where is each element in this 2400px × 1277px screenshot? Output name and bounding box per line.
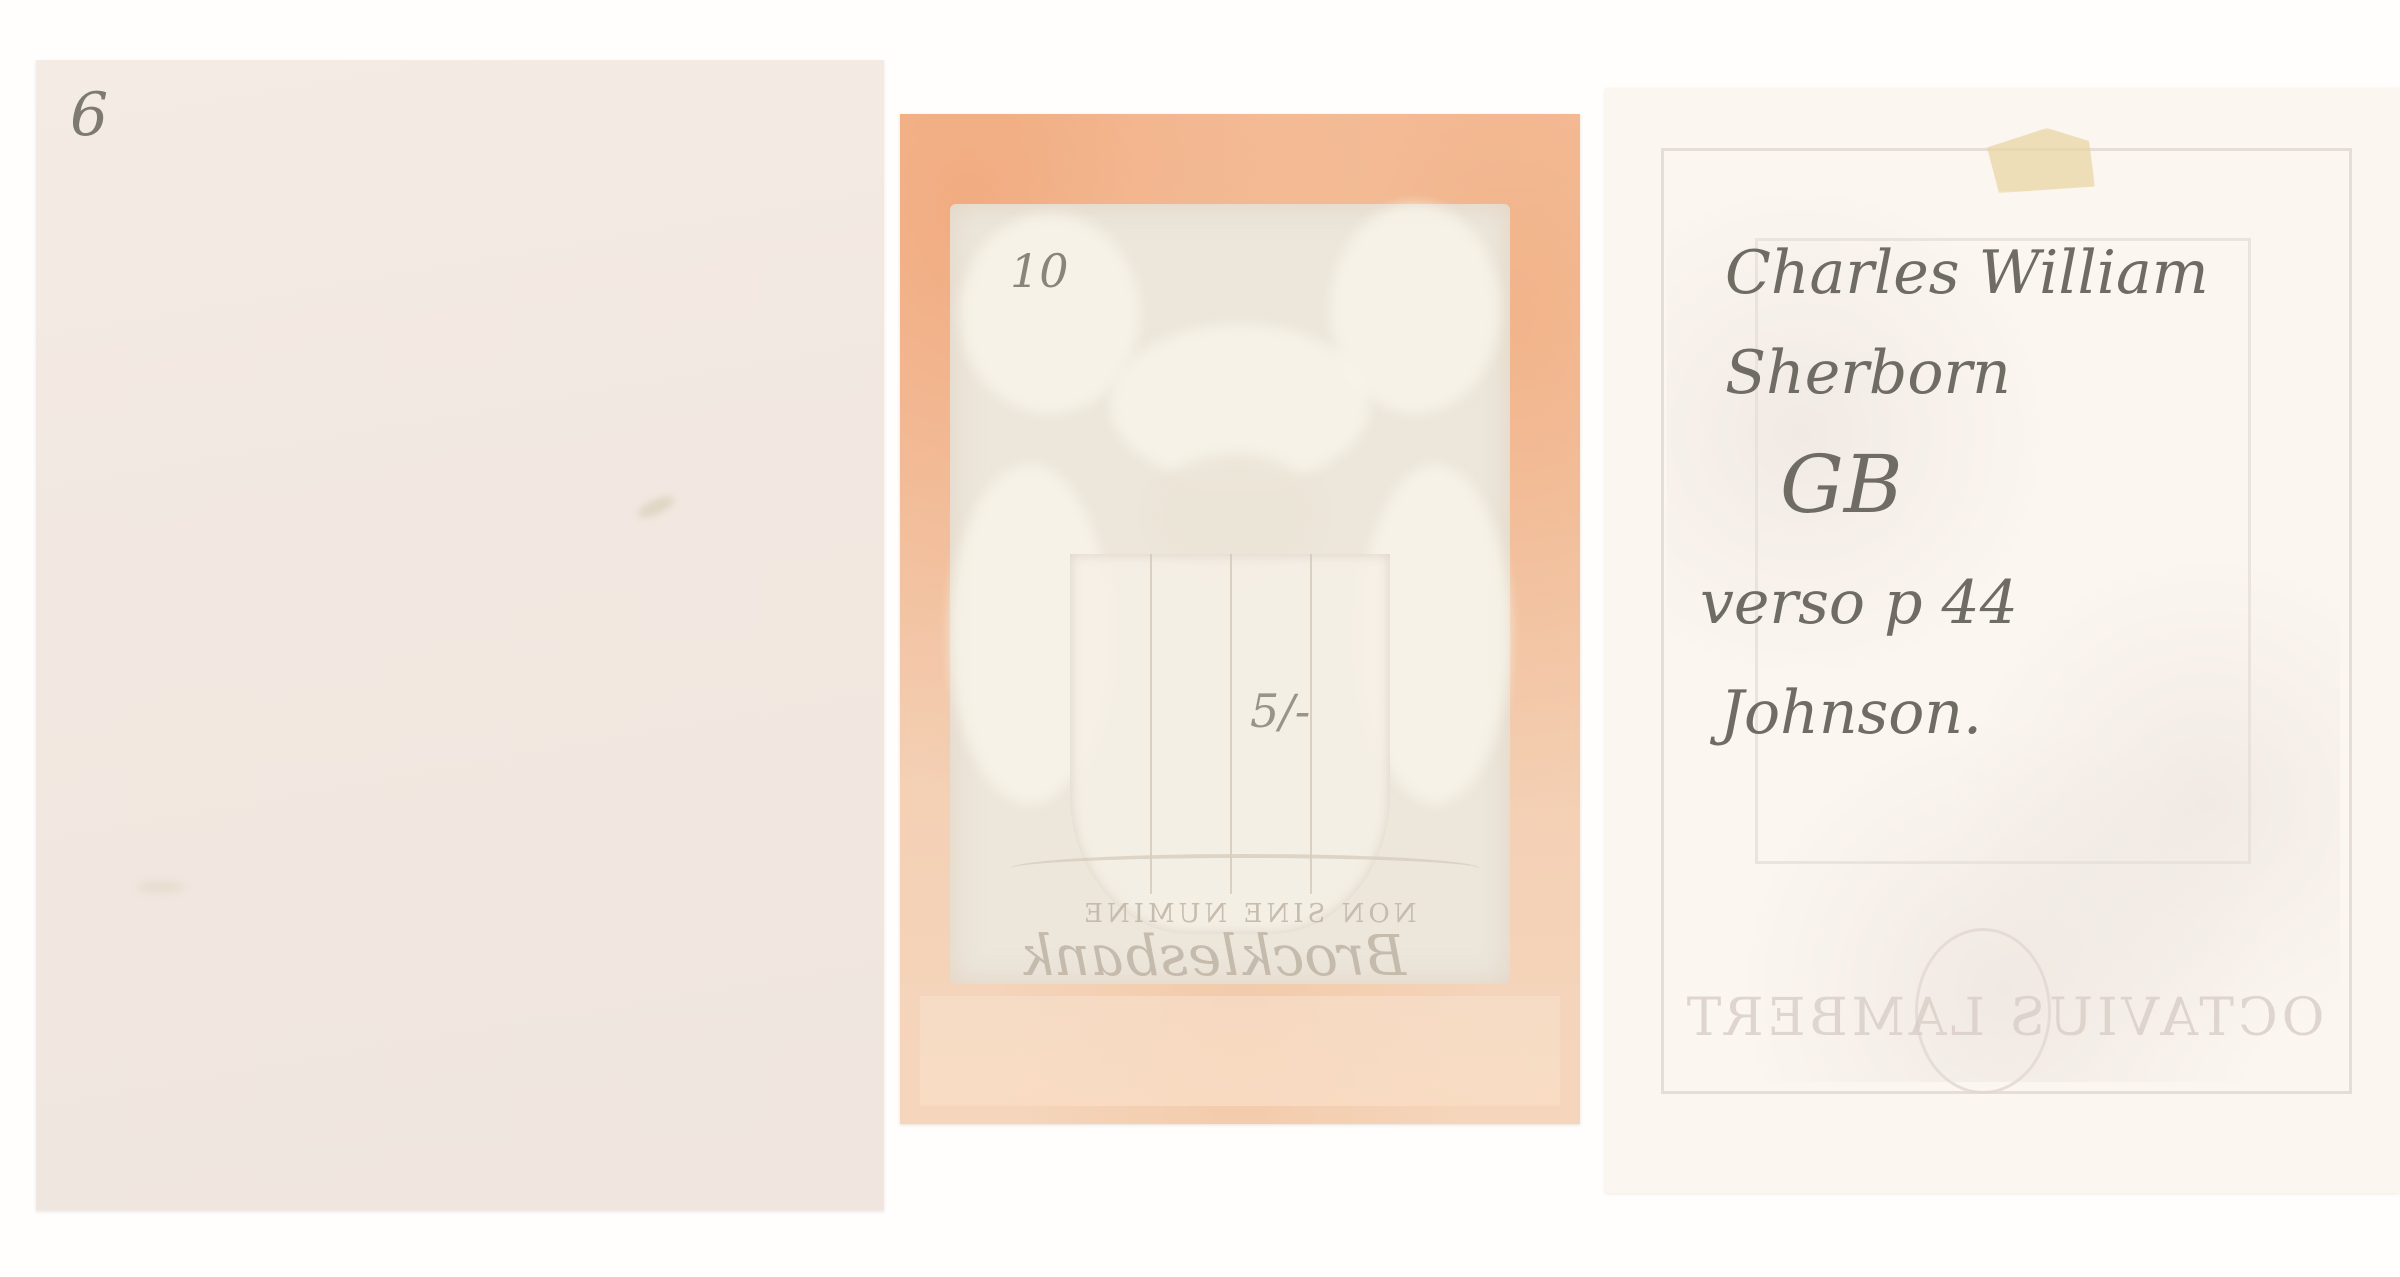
owner-name-mirrored: Brocklesbank	[1020, 924, 1406, 989]
stain-mark	[635, 492, 677, 522]
armorial-plate-reverse: 10 5/- NON SINE NUMINE Brocklesbank	[950, 204, 1510, 984]
left-card: 6	[36, 60, 884, 1210]
inner-frame	[1755, 238, 2251, 864]
middle-card: 10 5/- NON SINE NUMINE Brocklesbank	[900, 114, 1580, 1124]
note-line-3: GB	[1780, 438, 1903, 531]
note-line-4: verso p 44	[1700, 568, 2018, 638]
note-line-5: Johnson.	[1720, 678, 1982, 748]
bottom-margin	[920, 996, 1560, 1106]
mirrored-caption: OCTAVIUS LAMBERT	[1661, 988, 2346, 1048]
price-annotation: 5/-	[1250, 684, 1310, 738]
stain-mark	[136, 880, 186, 894]
plate-number-annotation: 10	[1010, 244, 1069, 298]
photo-scene: 6 10 5/- NON SINE NUMINE Brocklesbank	[0, 0, 2400, 1277]
right-card: OCTAVIUS LAMBERT Charles William Sherbor…	[1605, 88, 2400, 1193]
note-line-1: Charles William	[1725, 238, 2209, 308]
note-line-2: Sherborn	[1725, 338, 2011, 408]
card-number-annotation: 6	[70, 80, 108, 150]
